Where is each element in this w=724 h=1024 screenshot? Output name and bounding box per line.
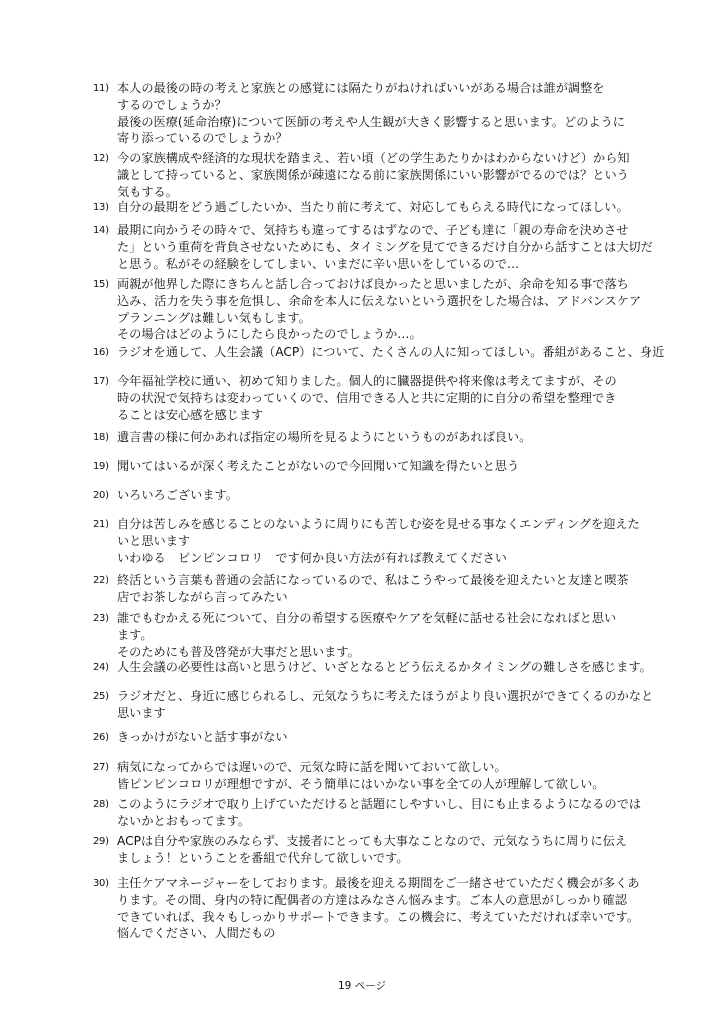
text-line: 思います	[117, 705, 638, 722]
comment-item: 18)遺言書の様に何かあれば指定の場所を見るようにというものがあれば良い。	[93, 429, 638, 446]
comment-item: 20)いろいろございます。	[93, 487, 638, 504]
item-text: 自分の最期をどう過ごしたいか、当たり前に考えて、対応してもらえる時代になってほし…	[117, 199, 638, 216]
text-line: と思う。私がその経験をしてしまい、いまだに辛い思いをしているので…	[117, 256, 638, 273]
text-line: 両親が他界した際にきちんと話し合っておけば良かったと思いましたが、余命を知る事で…	[117, 276, 638, 293]
item-number: 18)	[93, 430, 109, 447]
comment-item: 11)本人の最後の時の考えと家族との感覚には隔たりがねければいいがある場合は誰が…	[93, 80, 638, 147]
text-line: ラジオを通して、人生会議（ACP）について、たくさんの人に知ってほしい。番組があ…	[117, 344, 638, 361]
comment-item: 23)誰でもむかえる死について、自分の希望する医療やケアを気軽に話せる社会になれ…	[93, 610, 638, 660]
comment-item: 13)自分の最期をどう過ごしたいか、当たり前に考えて、対応してもらえる時代になっ…	[93, 199, 638, 216]
text-line: 本人の最後の時の考えと家族との感覚には隔たりがねければいいがある場合は誰が調整を	[117, 80, 638, 97]
item-number: 21)	[93, 517, 109, 534]
text-line: ることは安心感を感じます	[117, 407, 638, 424]
text-line: きっかけがないと話す事がない	[117, 729, 638, 746]
item-text: 自分は苦しみを感じることのないように周りにも苦しむ姿を見せる事なくエンディングを…	[117, 516, 638, 566]
item-number: 29)	[93, 834, 109, 851]
item-text: 両親が他界した際にきちんと話し合っておけば良かったと思いましたが、余命を知る事で…	[117, 276, 638, 343]
text-line: た」という重荷を背負させないためにも、タイミングを見てできるだけ自分から話すこと…	[117, 239, 638, 256]
comment-item: 17)今年福祉学校に通い、初めて知りました。個人的に臓器提供や将来像は考えてます…	[93, 373, 638, 423]
text-line: 病気になってからでは遅いので、元気な時に話を聞いておいて欲しい。	[117, 759, 638, 776]
text-line: 時の状況で気持ちは変わっていくので、信用できる人と共に定期的に自分の希望を整理で…	[117, 390, 638, 407]
comment-item: 24)人生会議の必要性は高いと思うけど、いざとなるとどう伝えるかタイミングの難し…	[93, 659, 638, 676]
comment-item: 30)主任ケアマネージャーをしております。最後を迎える期間をご一緒させていただく…	[93, 875, 638, 942]
comment-item: 25)ラジオだと、身近に感じられるし、元気なうちに考えたほうがより良い選択ができ…	[93, 688, 638, 722]
item-text: 病気になってからでは遅いので、元気な時に話を聞いておいて欲しい。皆ピンピンコロリ…	[117, 759, 638, 793]
text-line: ましょう！ということを番組で代弁して欲しいです。	[117, 850, 638, 867]
text-line: 寄り添っているのでしょうか？	[117, 130, 638, 147]
text-line: ACPは自分や家族のみならず、支援者にとっても大事なことなので、元気なうちに周り…	[117, 833, 638, 850]
document-page: 11)本人の最後の時の考えと家族との感覚には隔たりがねければいいがある場合は誰が…	[0, 0, 724, 1024]
comment-item: 15)両親が他界した際にきちんと話し合っておけば良かったと思いましたが、余命を知…	[93, 276, 638, 343]
comment-item: 22)終活という言葉も普通の会話になっているので、私はこうやって最後を迎えたいと…	[93, 572, 638, 606]
text-line: 店でお茶しながら言ってみたい	[117, 589, 638, 606]
text-line: 誰でもむかえる死について、自分の希望する医療やケアを気軽に話せる社会になればと思…	[117, 610, 638, 627]
item-text: このようにラジオで取り上げていただけると話題にしやすいし、目にも止まるようになる…	[117, 796, 638, 830]
text-line: そのためにも普及啓発が大事だと思います。	[117, 644, 638, 661]
item-number: 28)	[93, 797, 109, 814]
text-line: ラジオだと、身近に感じられるし、元気なうちに考えたほうがより良い選択ができてくる…	[117, 688, 638, 705]
item-number: 15)	[93, 277, 109, 294]
item-number: 20)	[93, 488, 109, 505]
text-line: 悩んでください、人間だもの	[117, 925, 638, 942]
item-text: 最期に向かうその時々で、気持ちも違ってするはずなので、子ども達に「親の寿命を決め…	[117, 222, 638, 272]
comment-item: 12)今の家族構成や経済的な現状を踏まえ、若い頃（どの学生あたりかはわからないけ…	[93, 150, 638, 200]
comment-item: 28)このようにラジオで取り上げていただけると話題にしやすいし、目にも止まるよう…	[93, 796, 638, 830]
text-line: 今の家族構成や経済的な現状を踏まえ、若い頃（どの学生あたりかはわからないけど）か…	[117, 150, 638, 167]
text-line: 最期に向かうその時々で、気持ちも違ってするはずなので、子ども達に「親の寿命を決め…	[117, 222, 638, 239]
item-text: 終活という言葉も普通の会話になっているので、私はこうやって最後を迎えたいと友達と…	[117, 572, 638, 606]
item-text: 誰でもむかえる死について、自分の希望する医療やケアを気軽に話せる社会になればと思…	[117, 610, 638, 660]
text-line: 込み、活力を失う事を危惧し、余命を本人に伝えないという選択をした場合は、アドバン…	[117, 293, 638, 310]
item-text: 人生会議の必要性は高いと思うけど、いざとなるとどう伝えるかタイミングの難しさを感…	[117, 659, 638, 676]
comment-item: 26)きっかけがないと話す事がない	[93, 729, 638, 746]
item-number: 24)	[93, 660, 109, 677]
item-number: 13)	[93, 200, 109, 217]
item-number: 25)	[93, 689, 109, 706]
item-text: 本人の最後の時の考えと家族との感覚には隔たりがねければいいがある場合は誰が調整を…	[117, 80, 638, 147]
text-line: その場合はどのようにしたら良かったのでしょうか…。	[117, 326, 638, 343]
item-text: 今年福祉学校に通い、初めて知りました。個人的に臓器提供や将来像は考えてますが、そ…	[117, 373, 638, 423]
text-line: いわゆる ピンピンコロリ です何か良い方法が有れば教えてください	[117, 550, 638, 567]
text-line: ります。その間、身内の特に配偶者の方達はみなさん悩みます。ご本人の意思がしっかり…	[117, 892, 638, 909]
item-number: 11)	[93, 81, 109, 98]
text-line: するのでしょうか？	[117, 97, 638, 114]
item-number: 12)	[93, 151, 109, 168]
item-text: ラジオだと、身近に感じられるし、元気なうちに考えたほうがより良い選択ができてくる…	[117, 688, 638, 722]
item-number: 27)	[93, 760, 109, 777]
item-text: ラジオを通して、人生会議（ACP）について、たくさんの人に知ってほしい。番組があ…	[117, 344, 638, 361]
item-number: 17)	[93, 374, 109, 391]
item-number: 14)	[93, 223, 109, 240]
text-line: 気もする。	[117, 184, 638, 201]
item-number: 19)	[93, 459, 109, 476]
item-text: 今の家族構成や経済的な現状を踏まえ、若い頃（どの学生あたりかはわからないけど）か…	[117, 150, 638, 200]
text-line: ます。	[117, 627, 638, 644]
item-text: ACPは自分や家族のみならず、支援者にとっても大事なことなので、元気なうちに周り…	[117, 833, 638, 867]
comment-item: 16)ラジオを通して、人生会議（ACP）について、たくさんの人に知ってほしい。番…	[93, 344, 638, 361]
item-text: きっかけがないと話す事がない	[117, 729, 638, 746]
text-line: 最後の医療(延命治療)について医師の考えや人生観が大きく影響すると思います。どの…	[117, 114, 638, 131]
comment-item: 19)聞いてはいるが深く考えたことがないので今回聞いて知識を得たいと思う	[93, 458, 638, 475]
item-text: 聞いてはいるが深く考えたことがないので今回聞いて知識を得たいと思う	[117, 458, 638, 475]
text-line: 識として持っていると、家族関係が疎遠になる前に家族関係にいい影響がでるのでは？と…	[117, 167, 638, 184]
item-number: 16)	[93, 345, 109, 362]
text-line: プランニングは難しい気もします。	[117, 310, 638, 327]
comment-item: 27)病気になってからでは遅いので、元気な時に話を聞いておいて欲しい。皆ピンピン…	[93, 759, 638, 793]
text-line: 自分は苦しみを感じることのないように周りにも苦しむ姿を見せる事なくエンディングを…	[117, 516, 638, 533]
item-number: 22)	[93, 573, 109, 590]
page-number: 19 ページ	[0, 978, 724, 993]
text-line: いと思います	[117, 533, 638, 550]
text-line: できていれば、我々もしっかりサポートできます。この機会に、考えていただければ幸い…	[117, 909, 638, 926]
item-text: 主任ケアマネージャーをしております。最後を迎える期間をご一緒させていただく機会が…	[117, 875, 638, 942]
item-text: いろいろございます。	[117, 487, 638, 504]
text-line: 自分の最期をどう過ごしたいか、当たり前に考えて、対応してもらえる時代になってほし…	[117, 199, 638, 216]
item-number: 23)	[93, 611, 109, 628]
text-line: このようにラジオで取り上げていただけると話題にしやすいし、目にも止まるようになる…	[117, 796, 638, 813]
text-line: いろいろございます。	[117, 487, 638, 504]
comment-item: 14)最期に向かうその時々で、気持ちも違ってするはずなので、子ども達に「親の寿命…	[93, 222, 638, 272]
text-line: ないかとおもってます。	[117, 813, 638, 830]
item-number: 30)	[93, 876, 109, 893]
text-line: 遺言書の様に何かあれば指定の場所を見るようにというものがあれば良い。	[117, 429, 638, 446]
text-line: 聞いてはいるが深く考えたことがないので今回聞いて知識を得たいと思う	[117, 458, 638, 475]
comment-item: 29)ACPは自分や家族のみならず、支援者にとっても大事なことなので、元気なうち…	[93, 833, 638, 867]
text-line: 皆ピンピンコロリが理想ですが、そう簡単にはいかない事を全ての人が理解して欲しい。	[117, 776, 638, 793]
item-number: 26)	[93, 730, 109, 747]
text-line: 人生会議の必要性は高いと思うけど、いざとなるとどう伝えるかタイミングの難しさを感…	[117, 659, 638, 676]
text-line: 主任ケアマネージャーをしております。最後を迎える期間をご一緒させていただく機会が…	[117, 875, 638, 892]
text-line: 今年福祉学校に通い、初めて知りました。個人的に臓器提供や将来像は考えてますが、そ…	[117, 373, 638, 390]
text-line: 終活という言葉も普通の会話になっているので、私はこうやって最後を迎えたいと友達と…	[117, 572, 638, 589]
item-text: 遺言書の様に何かあれば指定の場所を見るようにというものがあれば良い。	[117, 429, 638, 446]
comment-item: 21)自分は苦しみを感じることのないように周りにも苦しむ姿を見せる事なくエンディ…	[93, 516, 638, 566]
